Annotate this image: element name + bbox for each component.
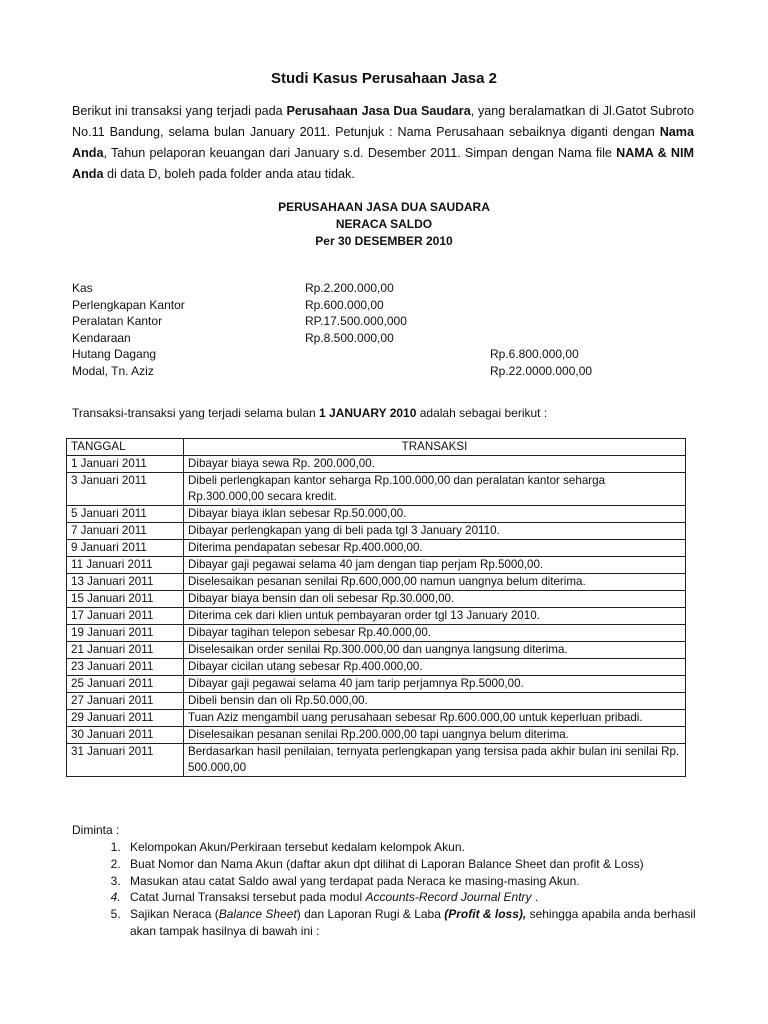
- task-1-text: Kelompokan Akun/Perkiraan tersebut kedal…: [130, 840, 465, 854]
- date-cell: 25 Januari 2011: [67, 676, 184, 693]
- credit-amount: Rp.6.800.000,00: [490, 346, 579, 363]
- table-row: 29 Januari 2011Tuan Aziz mengambil uang …: [67, 710, 686, 727]
- header-tanggal: TANGGAL: [67, 439, 184, 456]
- transaction-cell: Dibayar perlengkapan yang di beli pada t…: [184, 523, 686, 540]
- balance-row: KendaraanRp.8.500.000,00: [72, 330, 692, 347]
- date-cell: 31 Januari 2011: [67, 744, 184, 777]
- heading-report: NERACA SALDO: [0, 216, 768, 233]
- task-4-text: Catat Jurnal Transaksi tersebut pada mod…: [130, 890, 365, 904]
- date-cell: 7 Januari 2011: [67, 523, 184, 540]
- table-row: 31 Januari 2011Berdasarkan hasil penilai…: [67, 744, 686, 777]
- transaction-cell: Dibeli bensin dan oli Rp.50.000,00.: [184, 693, 686, 710]
- task-2-text: Buat Nomor dan Nama Akun (daftar akun dp…: [130, 857, 644, 871]
- table-row: 17 Januari 2011Diterima cek dari klien u…: [67, 608, 686, 625]
- transaction-cell: Dibeli perlengkapan kantor seharga Rp.10…: [184, 473, 686, 506]
- transaction-cell: Diselesaikan pesanan senilai Rp.600,000,…: [184, 574, 686, 591]
- task-5-balance-sheet: Balance Sheet: [219, 907, 297, 921]
- task-5-text: Sajikan Neraca (: [130, 907, 219, 921]
- date-cell: 21 Januari 2011: [67, 642, 184, 659]
- balance-row: Modal, Tn. AzizRp.22.0000.000,00: [72, 363, 692, 380]
- intro-paragraph: Berikut ini transaksi yang terjadi pada …: [72, 101, 694, 185]
- table-row: 30 Januari 2011Diselesaikan pesanan seni…: [67, 727, 686, 744]
- date-cell: 29 Januari 2011: [67, 710, 184, 727]
- tasks-title: Diminta :: [72, 822, 712, 839]
- transaction-cell: Diselesaikan order senilai Rp.300.000,00…: [184, 642, 686, 659]
- date-cell: 13 Januari 2011: [67, 574, 184, 591]
- transaction-cell: Dibayar tagihan telepon sebesar Rp.40.00…: [184, 625, 686, 642]
- task-item: Buat Nomor dan Nama Akun (daftar akun dp…: [124, 856, 712, 873]
- transaction-cell: Diterima cek dari klien untuk pembayaran…: [184, 608, 686, 625]
- date-cell: 11 Januari 2011: [67, 557, 184, 574]
- balance-row: KasRp.2.200.000,00: [72, 280, 692, 297]
- heading-date: Per 30 DESEMBER 2010: [0, 233, 768, 250]
- task-item: Kelompokan Akun/Perkiraan tersebut kedal…: [124, 839, 712, 856]
- task-item: Sajikan Neraca (Balance Sheet) dan Lapor…: [124, 906, 712, 940]
- account-name: Modal, Tn. Aziz: [72, 363, 154, 380]
- table-row: 11 Januari 2011Dibayar gaji pegawai sela…: [67, 557, 686, 574]
- balance-row: Perlengkapan KantorRp.600.000,00: [72, 297, 692, 314]
- balance-row: Hutang DagangRp.6.800.000,00: [72, 346, 692, 363]
- table-row: 27 Januari 2011Dibeli bensin dan oli Rp.…: [67, 693, 686, 710]
- task-4-module: Accounts-Record Journal Entry: [365, 890, 531, 904]
- task-5-text-2: ) dan Laporan Rugi & Laba: [297, 907, 444, 921]
- date-cell: 19 Januari 2011: [67, 625, 184, 642]
- table-row: 19 Januari 2011Dibayar tagihan telepon s…: [67, 625, 686, 642]
- trx-intro-text: Transaksi-transaksi yang terjadi selama …: [72, 406, 319, 420]
- task-3-text: Masukan atau catat Saldo awal yang terda…: [130, 874, 580, 888]
- trx-intro-text-end: adalah sebagai berikut :: [416, 406, 547, 420]
- date-cell: 30 Januari 2011: [67, 727, 184, 744]
- date-cell: 5 Januari 2011: [67, 506, 184, 523]
- date-cell: 15 Januari 2011: [67, 591, 184, 608]
- transaction-cell: Berdasarkan hasil penilaian, ternyata pe…: [184, 744, 686, 777]
- date-cell: 3 Januari 2011: [67, 473, 184, 506]
- transaction-cell: Dibayar gaji pegawai selama 40 jam denga…: [184, 557, 686, 574]
- transaction-cell: Dibayar gaji pegawai selama 40 jam tarip…: [184, 676, 686, 693]
- table-row: 13 Januari 2011Diselesaikan pesanan seni…: [67, 574, 686, 591]
- balance-row: Peralatan KantorRP.17.500.000,000: [72, 313, 692, 330]
- account-name: Perlengkapan Kantor: [72, 297, 185, 314]
- tasks-list: Kelompokan Akun/Perkiraan tersebut kedal…: [72, 839, 712, 940]
- account-name: Peralatan Kantor: [72, 313, 162, 330]
- transaction-cell: Dibayar cicilan utang sebesar Rp.400.000…: [184, 659, 686, 676]
- heading-company: PERUSAHAAN JASA DUA SAUDARA: [0, 199, 768, 216]
- transaction-cell: Diterima pendapatan sebesar Rp.400.000,0…: [184, 540, 686, 557]
- table-row: 3 Januari 2011Dibeli perlengkapan kantor…: [67, 473, 686, 506]
- table-row: 1 Januari 2011Dibayar biaya sewa Rp. 200…: [67, 456, 686, 473]
- account-name: Kendaraan: [72, 330, 131, 347]
- transactions-intro: Transaksi-transaksi yang terjadi selama …: [72, 406, 547, 420]
- table-row: 25 Januari 2011Dibayar gaji pegawai sela…: [67, 676, 686, 693]
- date-cell: 17 Januari 2011: [67, 608, 184, 625]
- account-name: Hutang Dagang: [72, 346, 156, 363]
- date-cell: 1 Januari 2011: [67, 456, 184, 473]
- debit-amount: Rp.600.000,00: [305, 297, 384, 314]
- task-item: Catat Jurnal Transaksi tersebut pada mod…: [124, 889, 712, 906]
- transactions-table: TANGGAL TRANSAKSI 1 Januari 2011Dibayar …: [66, 438, 686, 777]
- table-row: 21 Januari 2011Diselesaikan order senila…: [67, 642, 686, 659]
- date-cell: 27 Januari 2011: [67, 693, 184, 710]
- table-row: 9 Januari 2011Diterima pendapatan sebesa…: [67, 540, 686, 557]
- credit-amount: Rp.22.0000.000,00: [490, 363, 592, 380]
- table-row: 7 Januari 2011Dibayar perlengkapan yang …: [67, 523, 686, 540]
- date-cell: 23 Januari 2011: [67, 659, 184, 676]
- table-row: 5 Januari 2011Dibayar biaya iklan sebesa…: [67, 506, 686, 523]
- task-4-end: .: [532, 890, 539, 904]
- document-title: Studi Kasus Perusahaan Jasa 2: [0, 70, 768, 87]
- document-page: Studi Kasus Perusahaan Jasa 2 Berikut in…: [0, 0, 768, 1024]
- header-transaksi: TRANSAKSI: [184, 439, 686, 456]
- trial-balance: KasRp.2.200.000,00Perlengkapan KantorRp.…: [72, 280, 692, 379]
- debit-amount: Rp.8.500.000,00: [305, 330, 394, 347]
- debit-amount: RP.17.500.000,000: [305, 313, 407, 330]
- transaction-cell: Dibayar biaya iklan sebesar Rp.50.000,00…: [184, 506, 686, 523]
- table-header-row: TANGGAL TRANSAKSI: [67, 439, 686, 456]
- intro-text-4: di data D, boleh pada folder anda atau t…: [103, 167, 354, 181]
- intro-text-1: Berikut ini transaksi yang terjadi pada: [72, 104, 286, 118]
- table-row: 15 Januari 2011Dibayar biaya bensin dan …: [67, 591, 686, 608]
- task-item: Masukan atau catat Saldo awal yang terda…: [124, 873, 712, 890]
- transaction-cell: Dibayar biaya bensin dan oli sebesar Rp.…: [184, 591, 686, 608]
- transaction-cell: Dibayar biaya sewa Rp. 200.000,00.: [184, 456, 686, 473]
- table-row: 23 Januari 2011Dibayar cicilan utang seb…: [67, 659, 686, 676]
- transaction-cell: Tuan Aziz mengambil uang perusahaan sebe…: [184, 710, 686, 727]
- intro-text-3: , Tahun pelaporan keuangan dari January …: [103, 146, 616, 160]
- date-cell: 9 Januari 2011: [67, 540, 184, 557]
- intro-company: Perusahaan Jasa Dua Saudara: [286, 104, 470, 118]
- trx-intro-period: 1 JANUARY 2010: [319, 406, 416, 420]
- debit-amount: Rp.2.200.000,00: [305, 280, 394, 297]
- account-name: Kas: [72, 280, 93, 297]
- report-heading: PERUSAHAAN JASA DUA SAUDARA NERACA SALDO…: [0, 199, 768, 250]
- transaction-cell: Diselesaikan pesanan senilai Rp.200.000,…: [184, 727, 686, 744]
- tasks-section: Diminta : Kelompokan Akun/Perkiraan ters…: [72, 822, 712, 940]
- task-5-profit-loss: (Profit & loss),: [444, 907, 526, 921]
